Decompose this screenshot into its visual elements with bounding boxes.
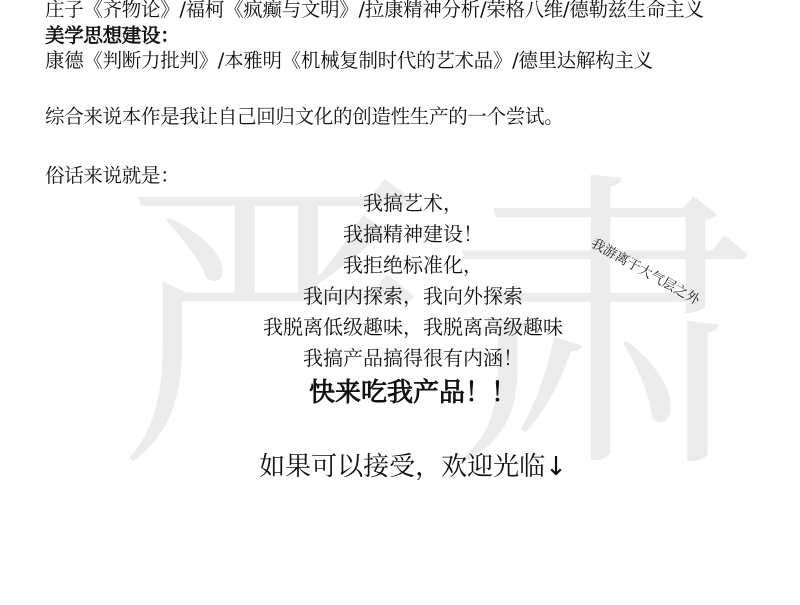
manifesto-line: 我脱离低级趣味，我脱离高级趣味 (0, 312, 800, 343)
summary-text: 综合来说本作是我让自己回归文化的创造性生产的一个尝试。 (45, 101, 563, 129)
manifesto-line: 我搞艺术， (0, 188, 800, 219)
call-to-action: 快来吃我产品！！ (0, 374, 800, 412)
manifesto-line: 我搞产品搞得很有内涵！ (0, 343, 800, 374)
philosophy-references: 庄子《齐物论》/福柯《疯癫与文明》/拉康精神分析/荣格八维/德勒兹生命主义 (45, 0, 704, 22)
colloquial-intro: 俗话来说就是： (45, 160, 179, 188)
aesthetics-heading: 美学思想建设： (45, 20, 179, 48)
manifesto-line: 我拒绝标准化， (0, 250, 800, 281)
manifesto-line: 我搞精神建设！ (0, 219, 800, 250)
aesthetics-references: 康德《判断力批判》/本雅明《机械复制时代的艺术品》/德里达解构主义 (45, 45, 653, 73)
closing-line: 如果可以接受，欢迎光临↓ (0, 446, 800, 483)
